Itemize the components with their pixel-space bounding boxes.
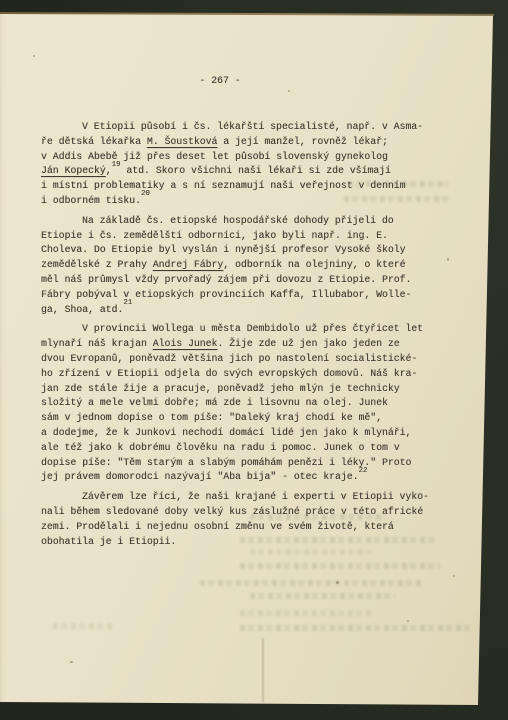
text-run: Fábry pobýval v etiopských provinciích K…	[41, 289, 411, 300]
text-run: dopise píše: "Těm starým a slabým pomáhá…	[41, 457, 411, 468]
dust-speck	[33, 55, 35, 57]
underlined-name: Ján Kopecký	[41, 165, 106, 176]
bleed-through-mark	[200, 580, 422, 586]
text-line: Etiopie i čs. zemědělští odborníci, jako…	[41, 229, 429, 244]
text-line: Závěrem lze říci, že naši krajané i expe…	[41, 490, 429, 505]
text-line: Fábry pobýval v etiopských provinciích K…	[41, 288, 429, 303]
underlined-name: M. Šoustková	[147, 136, 218, 147]
text-line: měl náš průmysl vždy prvořadý zájem při …	[41, 273, 429, 288]
bleed-through-mark	[53, 623, 113, 629]
text-line: jej právem domorodci nazývají "Aba bija"…	[41, 470, 429, 485]
text-run: a její manžel, rovněž lékař;	[217, 136, 388, 147]
text-run: ho zřízení v Etiopii odjela do svých evr…	[41, 368, 417, 379]
text-run: složitý a mele velmi dobře; má zde i lis…	[41, 397, 388, 408]
text-run: obohatila je i Etiopii.	[41, 536, 176, 547]
text-line: složitý a mele velmi dobře; má zde i lis…	[41, 396, 429, 411]
text-run: V Etiopii působí i čs. lékařští speciali…	[82, 121, 423, 132]
underlined-name: Alois Junek	[153, 338, 218, 349]
text-line: dvou Evropanů, poněvadž většina jich po …	[41, 352, 429, 367]
text-line: Choleva. Do Etiopie byl vyslán i nynější…	[41, 243, 429, 258]
footnote-reference: 20	[141, 190, 150, 198]
text-run: , odborník na olejniny, o které	[223, 259, 405, 270]
text-line: sám v jednom dopise o tom píše: "Daleký …	[41, 411, 429, 426]
text-line: jan zde stále žije a pracuje, poněvadž j…	[41, 382, 429, 397]
paragraph: V provincii Wollega u města Dembidolo už…	[41, 322, 429, 485]
text-line: dopise píše: "Těm starým a slabým pomáhá…	[41, 456, 429, 471]
document-page: - 267 - V Etiopii působí i čs. lékařští …	[0, 0, 508, 720]
bleed-through-mark	[250, 549, 375, 555]
text-run: Etiopie i čs. zemědělští odborníci, jako…	[41, 230, 388, 241]
text-run: zemědělské z Prahy	[41, 259, 153, 270]
footnote-reference: 19	[112, 161, 121, 169]
text-run: jej právem domorodci nazývají "Aba bija"…	[41, 471, 358, 482]
bleed-through-mark	[240, 625, 470, 631]
text-run: a dodejme, že k Junkovi nechodí domácí l…	[41, 427, 411, 438]
dust-speck	[407, 620, 409, 622]
text-run: měl náš průmysl vždy prvořadý zájem při …	[41, 274, 411, 285]
dust-speck	[336, 581, 339, 584]
text-run: dvou Evropanů, poněvadž většina jich po …	[41, 353, 417, 364]
text-line: ga, Shoa, atd.21	[41, 303, 429, 318]
bleed-through-mark	[348, 181, 448, 187]
dust-speck	[288, 90, 290, 92]
text-line: ře dětská lékařka M. Šoustková a její ma…	[41, 135, 429, 150]
text-run: Závěrem lze říci, že naši krajané i expe…	[82, 491, 429, 502]
text-run: atd. Skoro všichni naši lékaři si zde vš…	[120, 165, 390, 176]
text-line: zemědělské z Prahy Andrej Fábry, odborní…	[41, 258, 429, 273]
dust-speck	[453, 575, 455, 577]
text-run: ře dětská lékařka	[41, 136, 147, 147]
text-run: V provincii Wollega u města Dembidolo už…	[82, 323, 423, 334]
text-run: ale též jako k dobrému člověku na radu i…	[41, 442, 400, 453]
paper-crease	[262, 638, 264, 702]
text-run: Na základě čs. etiopské hospodářské doho…	[82, 215, 394, 226]
bleed-through-mark	[250, 593, 395, 599]
text-line: Ján Kopecký,19 atd. Skoro všichni naši l…	[41, 164, 429, 179]
dust-speck	[70, 661, 73, 663]
bleed-through-mark	[250, 514, 385, 520]
bleed-through-mark	[240, 563, 440, 569]
footnote-reference: 21	[123, 299, 132, 307]
text-line: ale též jako k dobrému člověku na radu i…	[41, 441, 429, 456]
underlined-name: Andrej Fábry	[153, 259, 224, 270]
text-run: ga, Shoa, atd.	[41, 304, 123, 315]
text-run: . Žije zde už jen jako jeden ze	[217, 338, 399, 349]
bleed-through-mark	[344, 196, 452, 202]
paragraph: Na základě čs. etiopské hospodářské doho…	[41, 214, 429, 318]
bleed-through-mark	[240, 610, 375, 616]
scanned-book-photo: - 267 - V Etiopii působí i čs. lékařští …	[0, 0, 508, 720]
text-run: v Addis Abebě již přes deset let působí …	[41, 151, 388, 162]
text-line: a dodejme, že k Junkovi nechodí domácí l…	[41, 426, 429, 441]
page-number: - 267 -	[0, 74, 440, 88]
text-run: jan zde stále žije a pracuje, poněvadž j…	[41, 383, 400, 394]
footnote-reference: 22	[358, 467, 367, 475]
text-line: V provincii Wollega u města Dembidolo už…	[41, 322, 429, 337]
text-run: i odborném tisku.	[41, 195, 141, 206]
text-line: mlynaří náš krajan Alois Junek. Žije zde…	[41, 337, 429, 352]
text-run: ,	[106, 165, 112, 176]
text-run: zemi. Prodělali i nejednu osobní změnu v…	[41, 521, 394, 532]
text-line: ho zřízení v Etiopii odjela do svých evr…	[41, 367, 429, 382]
bleed-through-mark	[240, 537, 435, 543]
text-line: V Etiopii působí i čs. lékařští speciali…	[41, 120, 429, 135]
text-line: v Addis Abebě již přes deset let působí …	[41, 150, 429, 165]
text-line: zemi. Prodělali i nejednu osobní změnu v…	[41, 520, 429, 535]
text-run: sám v jednom dopise o tom píše: "Daleký …	[41, 412, 382, 423]
text-run: Choleva. Do Etiopie byl vyslán i nynější…	[41, 244, 406, 255]
dust-speck	[447, 258, 449, 261]
text-line: Na základě čs. etiopské hospodářské doho…	[41, 214, 429, 229]
text-run: mlynaří náš krajan	[41, 338, 153, 349]
